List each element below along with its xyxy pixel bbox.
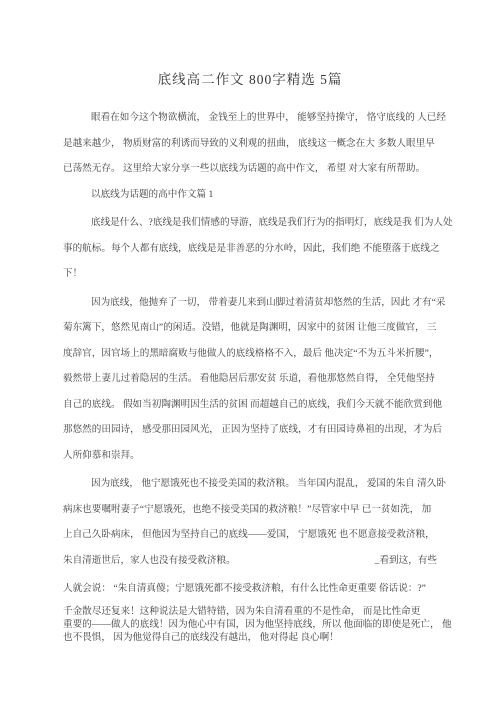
intro-paragraph: 眼看在如今这个物欲横流， 金钱至上的世界中， 能够坚持操守， 恪守底线的 人已经… <box>63 105 437 182</box>
paragraph: 底线是什么、?底线是我们情感的导游，底线是我们行为的指明灯，底线是我 们为人处 … <box>63 210 437 287</box>
paragraph-line: 千金散尽还复来！这种说法是大错特错，因为朱自清看重的不是性命， 而是比性命更 <box>63 605 437 618</box>
paragraph-line: 因为底线， 他宁愿饿死也不接受美国的救济粮。 当年国内混乱， 爱国的朱自 清久卧 <box>63 471 437 497</box>
paragraph-line: 底线是什么、?底线是我们情感的导游，底线是我们行为的指明灯，底线是我 们为人处 <box>63 210 437 236</box>
section-heading-block: 以底线为话题的高中作文篇 1 <box>63 182 437 208</box>
paragraph-line: 事的航标。每个人都有底线，底线是是非善恶的分水岭，因此，我们绝 不能堕落于底线之 <box>63 236 437 262</box>
paragraph-line: 眼看在如今这个物欲横流， 金钱至上的世界中， 能够坚持操守， 恪守底线的 人已经 <box>63 105 437 131</box>
paragraph-line: 毅然带上妻儿过着隐居的生活。 看他隐居后那安贫 乐道，看他那悠然自得， 全凭他坚… <box>63 366 437 392</box>
paragraph: 因为底线， 他宁愿饿死也不接受美国的救济粮。 当年国内混乱， 爱国的朱自 清久卧… <box>63 471 437 573</box>
section-heading: 以底线为话题的高中作文篇 1 <box>63 182 437 208</box>
paragraph-line: 已荡然无存。 这里给大家分享一些以底线为话题的高中作文， 希望 对大家有所帮助。 <box>63 156 437 182</box>
paragraph-line: 自己的底线。 假如当初陶渊明因生活的贫困 而超越自己的底线，我们今天就不能欣赏到… <box>63 392 437 418</box>
page-title: 底线高二作文 800字精选 5篇 <box>63 68 437 88</box>
paragraph: 人就会说： “朱自清真傻；宁愿饿死都不接受救济粮，有什么比性命更重要 俗话说：?… <box>63 576 437 602</box>
paragraph-line: 是越来越少， 物质财富的利诱而导致的义利观的扭曲， 底线这一概念在大 多数人眼里… <box>63 131 437 157</box>
paragraph-line: 上自己久卧病床， 但他因为坚持自己的底线——爱国， 宁愿饿死 也不愿意接受救济粮… <box>63 522 437 548</box>
line-left-text: 朱自清逝世后，家人也没有接受救济粮。 <box>63 548 236 574</box>
paragraph-line: 重要的——做人的底线！因为他心中有国，因为他坚持底线，所以 他面临的即使是死亡，… <box>63 618 437 631</box>
paragraph-line: 菊东篱下，悠然见南山”的闲适。没错，他就是陶渊明，因家中的贫困 让他三度做官， … <box>63 315 437 341</box>
paragraph-line: 也不畏惧， 因为他觉得自己的底线没有越出， 他对得起 良心啊！ <box>63 631 437 644</box>
paragraph: 因为底线，他抛弃了一切， 带着妻儿来到山脚过着清贫却悠然的生活，因此 才有“采 … <box>63 290 437 469</box>
paragraph-line: 那悠然的田园诗， 感受那田园风光， 正因为坚持了底线，才有田园诗鼻祖的出现，才为… <box>63 417 437 443</box>
paragraph-line: 人就会说： “朱自清真傻；宁愿饿死都不接受救济粮，有什么比性命更重要 俗话说：?… <box>63 576 437 602</box>
paragraph-line: 人所仰慕和崇拜。 <box>63 443 437 469</box>
line-right-text: _看到这，有些 <box>375 548 437 574</box>
paragraph-line: 下！ <box>63 261 437 287</box>
paragraph-line: 朱自清逝世后，家人也没有接受救济粮。 _看到这，有些 <box>63 548 437 574</box>
paragraph-line: 因为底线，他抛弃了一切， 带着妻儿来到山脚过着清贫却悠然的生活，因此 才有“采 <box>63 290 437 316</box>
paragraph-line: 度辞官，因官场上的黑暗腐败与他做人的底线格格不入，最后 他决定“不为五斗米折腰”… <box>63 341 437 367</box>
paragraph-line: 病床也要嘱咐妻子“宁愿饿死，也绝不接受美国的救济粮！”尽管家中早 已一贫如洗， … <box>63 497 437 523</box>
document-page: 底线高二作文 800字精选 5篇 眼看在如今这个物欲横流， 金钱至上的世界中， … <box>0 0 500 708</box>
closing-paragraph: 千金散尽还复来！这种说法是大错特错，因为朱自清看重的不是性命， 而是比性命更 重… <box>63 605 437 644</box>
